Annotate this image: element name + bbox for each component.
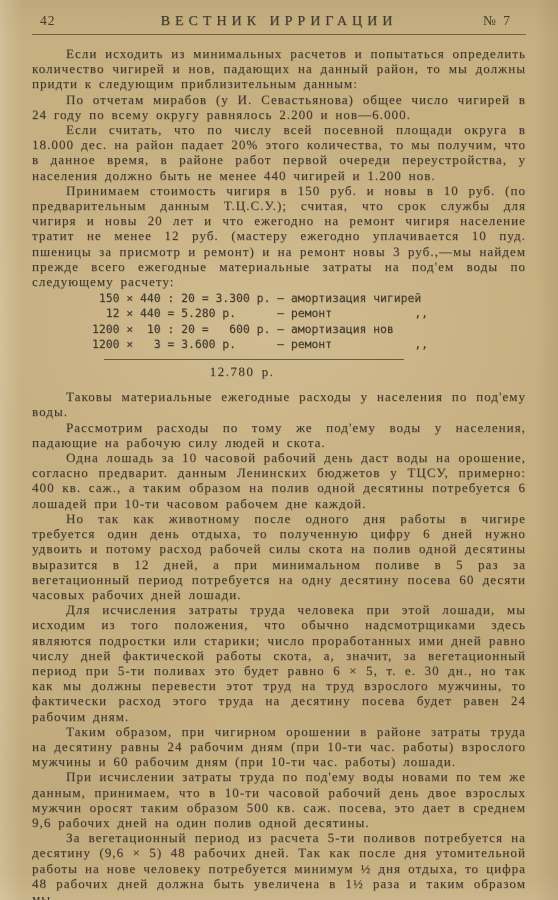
- paragraph: Таким образом, при чигирном орошении в р…: [32, 724, 526, 770]
- scanned-journal-page: 42 ВЕСТНИК ИРРИГАЦИИ № 7 Если исходить и…: [0, 0, 558, 900]
- calc-total: 12.780 р.: [92, 364, 392, 379]
- paragraph: Если исходить из минимальных расчетов и …: [32, 46, 526, 92]
- calc-line-chigir-amortization: 150 × 440 : 20 = 3.300 р. — амортизация …: [92, 291, 526, 306]
- paragraph: Таковы материальные ежегодные расходы у …: [32, 389, 526, 419]
- paragraph: Для исчисления затраты труда человека пр…: [32, 602, 526, 724]
- page-header: 42 ВЕСТНИК ИРРИГАЦИИ № 7: [32, 8, 526, 35]
- cost-calculation-block: 150 × 440 : 20 = 3.300 р. — амортизация …: [92, 291, 526, 352]
- calc-line-nova-repair: 1200 × 3 = 3.600 р. — ремонт ,,: [92, 337, 526, 352]
- calc-line-nova-amortization: 1200 × 10 : 20 = 600 р. — амортизация но…: [92, 322, 526, 337]
- paragraph: Но так как животному после одного дня ра…: [32, 511, 526, 602]
- paragraph: Если считать, что по числу всей посевной…: [32, 122, 526, 183]
- paragraph: Принимаем стоимость чигиря в 150 руб. и …: [32, 183, 526, 289]
- paragraph: Одна лошадь за 10 часовой рабочий день д…: [32, 450, 526, 511]
- issue-number: № 7: [483, 13, 512, 29]
- paragraph: За вегетационный период из расчета 5-ти …: [32, 830, 526, 900]
- article-body: Если исходить из минимальных расчетов и …: [32, 46, 526, 900]
- journal-title: ВЕСТНИК ИРРИГАЦИИ: [32, 14, 526, 30]
- paragraph: По отчетам мирабов (у И. Севастьянова) о…: [32, 92, 526, 122]
- calc-line-chigir-repair: 12 × 440 = 5.280 р. — ремонт ,,: [92, 306, 526, 321]
- paragraph: Рассмотрим расходы по тому же под'ему во…: [32, 420, 526, 450]
- sum-divider-rule: [104, 359, 404, 360]
- paragraph: При исчислении затраты труда по под'ему …: [32, 769, 526, 830]
